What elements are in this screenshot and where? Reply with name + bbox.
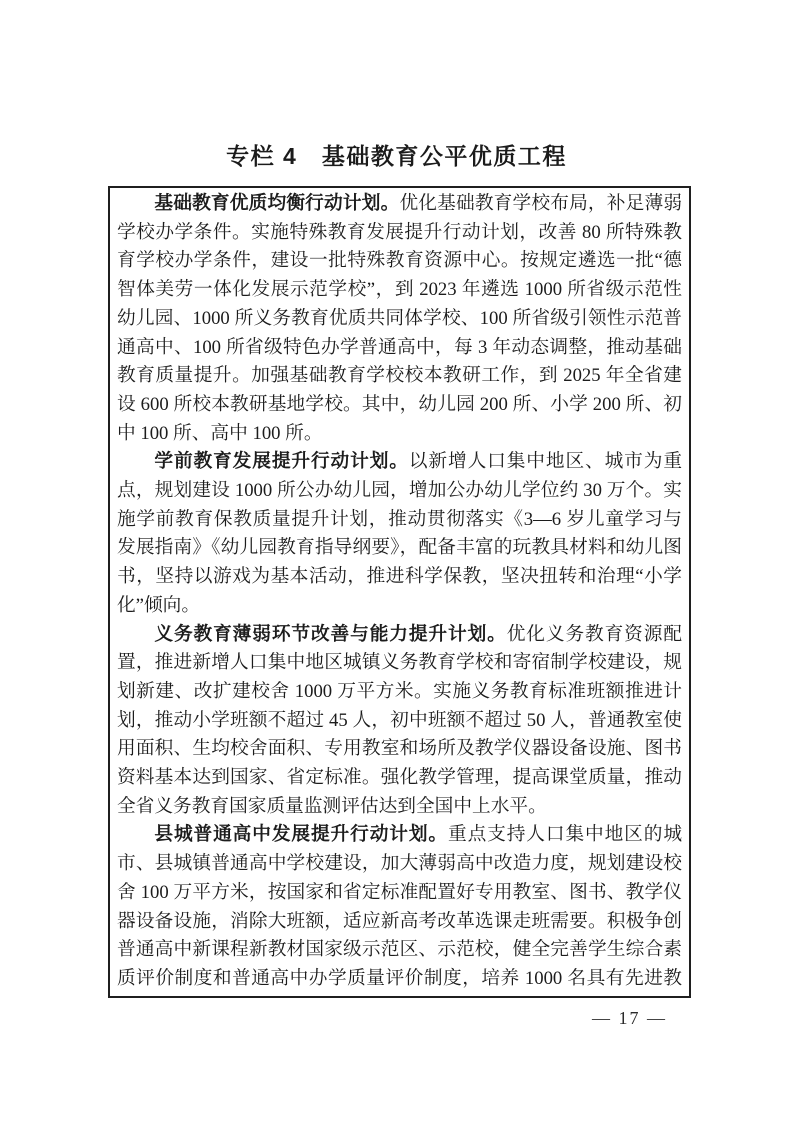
paragraph-compulsory-education: 义务教育薄弱环节改善与能力提升计划。优化义务教育资源配置，推进新增人口集中地区城… [117,621,682,822]
paragraph-lead: 县城普通高中发展提升行动计划。 [154,824,448,845]
paragraph-body: 优化义务教育资源配置，推进新增人口集中地区城镇义务教育学校和寄宿制学校建设，规划… [117,624,682,817]
paragraph-lead: 义务教育薄弱环节改善与能力提升计划。 [154,624,506,645]
paragraph-body: 优化基础教育学校布局，补足薄弱学校办学条件。实施特殊教育发展提升行动计划，改善 … [117,193,682,444]
paragraph-basic-education: 基础教育优质均衡行动计划。优化基础教育学校布局，补足薄弱学校办学条件。实施特殊教… [117,190,682,448]
section-title: 专栏 4 基础教育公平优质工程 [0,138,793,171]
paragraph-lead: 学前教育发展提升行动计划。 [154,451,408,472]
callout-box: 基础教育优质均衡行动计划。优化基础教育学校布局，补足薄弱学校办学条件。实施特殊教… [108,186,691,998]
paragraph-county-high-school: 县城普通高中发展提升行动计划。重点支持人口集中地区的城市、县城镇普通高中学校建设… [117,821,682,998]
page-number: — 17 — [0,1008,793,1029]
paragraph-body: 重点支持人口集中地区的城市、县城镇普通高中学校建设，加大薄弱高中改造力度，规划建… [117,824,682,998]
paragraph-lead: 基础教育优质均衡行动计划。 [154,193,399,214]
paragraph-body: 以新增人口集中地区、城市为重点，规划建设 1000 所公办幼儿园，增加公办幼儿学… [117,451,682,616]
paragraph-preschool-education: 学前教育发展提升行动计划。以新增人口集中地区、城市为重点，规划建设 1000 所… [117,448,682,620]
